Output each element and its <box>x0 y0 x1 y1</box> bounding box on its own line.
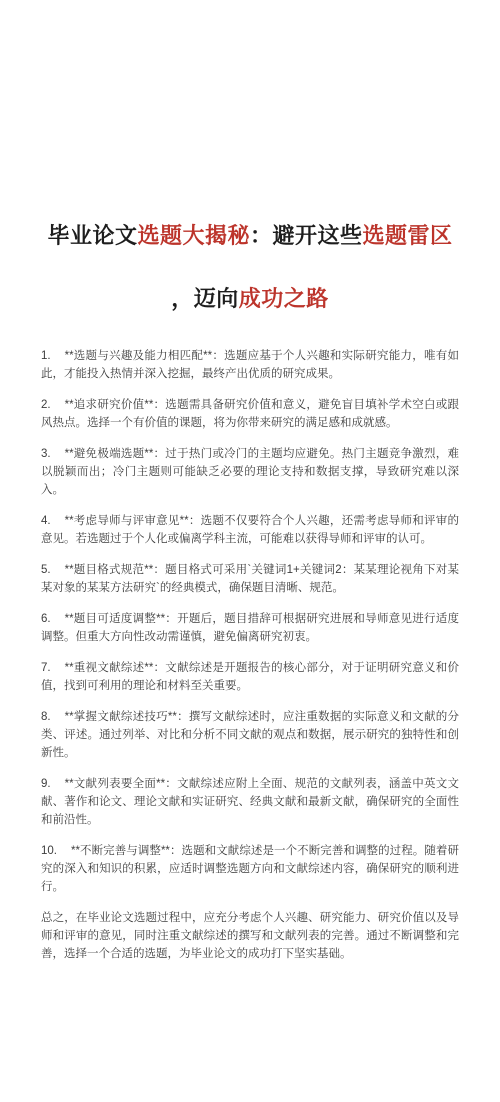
title-text: 毕业论文 <box>47 223 137 248</box>
title-text: ：避开这些 <box>250 223 363 248</box>
tip-item: 6.**题目可适度调整**：开题后，题目措辞可根据研究进展和导师意见进行适度调整… <box>41 610 459 646</box>
document-page: 毕业论文选题大揭秘：避开这些选题雷区，迈向成功之路 1.**选题与兴趣及能力相匹… <box>0 0 500 1102</box>
tip-item: 4.**考虑导师与评审意见**：选题不仅要符合个人兴趣，还需考虑导师和评审的意见… <box>41 512 459 548</box>
tip-text: **题目格式规范**：题目格式可采用`关键词1+关键词2：某某理论视角下对某某对… <box>41 564 459 594</box>
tip-text: **追求研究价值**：选题需具备研究价值和意义，避免盲目填补学术空白或跟风热点。… <box>41 399 459 429</box>
tip-number: 4. <box>41 515 51 527</box>
title-highlight-text: 成功之路 <box>239 286 329 311</box>
tip-number: 9. <box>41 778 51 790</box>
tip-text: **重视文献综述**：文献综述是开题报告的核心部分，对于证明研究意义和价值，找到… <box>41 662 459 692</box>
tip-number: 8. <box>41 711 51 723</box>
tip-number: 6. <box>41 613 51 625</box>
tip-text: **考虑导师与评审意见**：选题不仅要符合个人兴趣，还需考虑导师和评审的意见。若… <box>41 515 459 545</box>
tip-item: 9.**文献列表要全面**：文献综述应附上全面、规范的文献列表，涵盖中英文文献、… <box>41 775 459 829</box>
tip-item: 2.**追求研究价值**：选题需具备研究价值和意义，避免盲目填补学术空白或跟风热… <box>41 396 459 432</box>
tip-text: **不断完善与调整**：选题和文献综述是一个不断完善和调整的过程。随着研究的深入… <box>41 845 459 893</box>
tip-item: 5.**题目格式规范**：题目格式可采用`关键词1+关键词2：某某理论视角下对某… <box>41 561 459 597</box>
tip-number: 10. <box>41 845 57 857</box>
tip-item: 7.**重视文献综述**：文献综述是开题报告的核心部分，对于证明研究意义和价值，… <box>41 659 459 695</box>
title-line: 毕业论文选题大揭秘：避开这些选题雷区 <box>19 224 481 248</box>
tip-item: 1.**选题与兴趣及能力相匹配**：选题应基于个人兴趣和实际研究能力，唯有如此，… <box>41 347 459 383</box>
tip-text: **文献列表要全面**：文献综述应附上全面、规范的文献列表，涵盖中英文文献、著作… <box>41 778 459 826</box>
title-highlight-text: 选题雷区 <box>363 223 453 248</box>
tips-list: 1.**选题与兴趣及能力相匹配**：选题应基于个人兴趣和实际研究能力，唯有如此，… <box>41 347 459 896</box>
article-title: 毕业论文选题大揭秘：避开这些选题雷区，迈向成功之路 <box>19 224 481 311</box>
tip-number: 3. <box>41 448 51 460</box>
tip-text: **避免极端选题**：过于热门或冷门的主题均应避免。热门主题竞争激烈，难以脱颖而… <box>41 448 459 496</box>
title-text: ，迈向 <box>171 286 239 311</box>
tip-number: 5. <box>41 564 51 576</box>
article-body: 1.**选题与兴趣及能力相匹配**：选题应基于个人兴趣和实际研究能力，唯有如此，… <box>41 347 459 963</box>
tip-number: 1. <box>41 350 51 362</box>
summary-paragraph: 总之，在毕业论文选题过程中，应充分考虑个人兴趣、研究能力、研究价值以及导师和评审… <box>41 909 459 963</box>
tip-text: **掌握文献综述技巧**：撰写文献综述时，应注重数据的实际意义和文献的分类、评述… <box>41 711 459 759</box>
tip-text: **题目可适度调整**：开题后，题目措辞可根据研究进展和导师意见进行适度调整。但… <box>41 613 459 643</box>
tip-number: 7. <box>41 662 51 674</box>
title-highlight-text: 选题大揭秘 <box>137 223 250 248</box>
tip-item: 8.**掌握文献综述技巧**：撰写文献综述时，应注重数据的实际意义和文献的分类、… <box>41 708 459 762</box>
tip-item: 10.**不断完善与调整**：选题和文献综述是一个不断完善和调整的过程。随着研究… <box>41 842 459 896</box>
tip-item: 3.**避免极端选题**：过于热门或冷门的主题均应避免。热门主题竞争激烈，难以脱… <box>41 445 459 499</box>
tip-text: **选题与兴趣及能力相匹配**：选题应基于个人兴趣和实际研究能力，唯有如此，才能… <box>41 350 459 380</box>
tip-number: 2. <box>41 399 51 411</box>
title-line: ，迈向成功之路 <box>19 287 481 311</box>
